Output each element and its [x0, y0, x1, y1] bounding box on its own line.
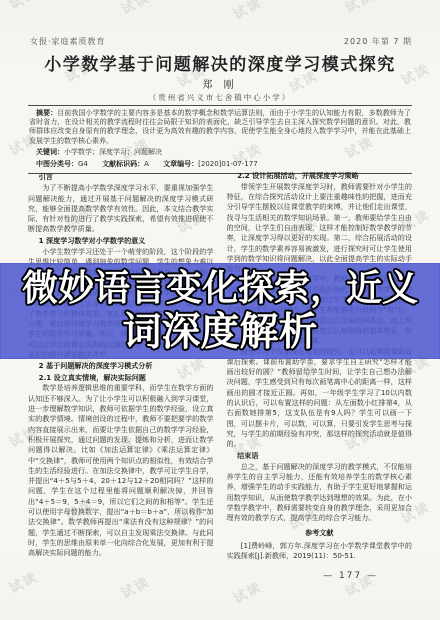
- keywords-text: 小学数学；深度学习；问题解决: [64, 148, 162, 156]
- abstract-line: 摘要：目前我国小学数学的主要内容多是基本的数学概念和数学运算法则，而由于小学生的…: [29, 109, 411, 146]
- author-name: 郑 刚: [0, 76, 440, 91]
- body-heading: 2 基于问题解决的深度学习模式分析: [28, 361, 214, 371]
- journal-name: 女报·家庭素质教育: [30, 36, 106, 47]
- doc-code-label: 文献标识码：: [102, 160, 144, 168]
- body-para: 为了不断提高小学数学深度学习水平，要重视加强学生问题解决能力，通过开展基于问题解…: [28, 183, 214, 234]
- body-subheading: 2.1 设立真实情境，解决实际问题: [28, 373, 214, 383]
- body-center-heading: 参考文献: [227, 528, 413, 538]
- article-id-value: [2020]01-07-177: [198, 160, 258, 168]
- body-ref: [1]费岭峰，郭方年.深度学习在小学数学课堂教学中的实践探索[J].新教师，20…: [227, 541, 413, 562]
- body-para: 带领学生开展数学深度学习时，教师需要针对小学生的特征，在综合探究活动设计上要注重…: [227, 182, 413, 275]
- article-body: 引言为了不断提高小学数学深度学习水平，要重视加强学生问题解决能力，通过开展基于问…: [28, 171, 412, 569]
- watermark-stamp: 试读: [229, 576, 264, 607]
- article-id-label: 文章编号：: [163, 160, 198, 168]
- article-title: 小学数学基于问题解决的深度学习模式探究: [0, 50, 440, 75]
- author-affiliation: （贵州省兴义市七舍镇中心小学）: [0, 92, 440, 103]
- doc-code-value: A: [144, 160, 149, 168]
- body-subheading: 2.2 设计拓展活动，开展深度学习策略: [227, 171, 413, 181]
- clc-label: 中图分类号：: [36, 160, 78, 168]
- keywords-line: 关键词：小学数学；深度学习；问题解决: [29, 148, 411, 157]
- body-para: 总之，基于问题解决的深度学习的教学模式，不仅能培养学生的自主学习能力，还能有效培…: [227, 462, 413, 524]
- page-number: — 177 —: [323, 571, 378, 581]
- watermark-stamp: 试读: [229, 0, 264, 23]
- watermark-stamp: 试读: [341, 0, 376, 16]
- abstract-text: 目前我国小学数学的主要内容多是基本的数学概念和数学运算法则，而由于小学生的认知能…: [29, 109, 411, 145]
- keywords-label: 关键词：: [36, 148, 64, 156]
- body-para: 数学是培养逻辑思维的重要学科，而学生在数学方面的认知还不够深入。为了让小学生可以…: [28, 383, 214, 558]
- issue-label: 2020 年第 7 期: [344, 36, 412, 47]
- abstract-label: 摘要：: [36, 109, 57, 117]
- body-heading: 1 深度学习数学对小学数学的意义: [28, 236, 214, 246]
- body-heading: 引言: [28, 172, 214, 182]
- body-heading: 结束语: [227, 451, 413, 461]
- overlay-text-line1: 微妙语言变化探索，近义: [22, 267, 418, 310]
- body-para: 深度学习不仅体现在课堂的探究，也可以延伸到课前或课后探索。课前布置助学单，要求学…: [227, 347, 413, 450]
- overlay-text-line2: 词深度解析: [122, 310, 317, 355]
- watermark-stamp: 试读: [5, 566, 40, 597]
- page-header: 女报·家庭素质教育 2020 年第 7 期: [30, 36, 412, 47]
- overlay-banner: 微妙语言变化探索，近义 词深度解析: [0, 263, 440, 359]
- classification-line: 中图分类号：G4 文献标识码：A 文章编号：[2020]01-07-177: [29, 160, 411, 169]
- abstract-block: 摘要：目前我国小学数学的主要内容多是基本的数学概念和数学运算法则，而由于小学生的…: [28, 105, 412, 174]
- clc-value: G4: [78, 160, 88, 168]
- watermark-stamp: 试读: [117, 0, 152, 18]
- scanned-paper-page: 女报·家庭素质教育 2020 年第 7 期 小学数学基于问题解决的深度学习模式探…: [0, 0, 440, 620]
- watermark-stamp: 试读: [117, 571, 152, 602]
- watermark-stamp: 试读: [5, 0, 40, 13]
